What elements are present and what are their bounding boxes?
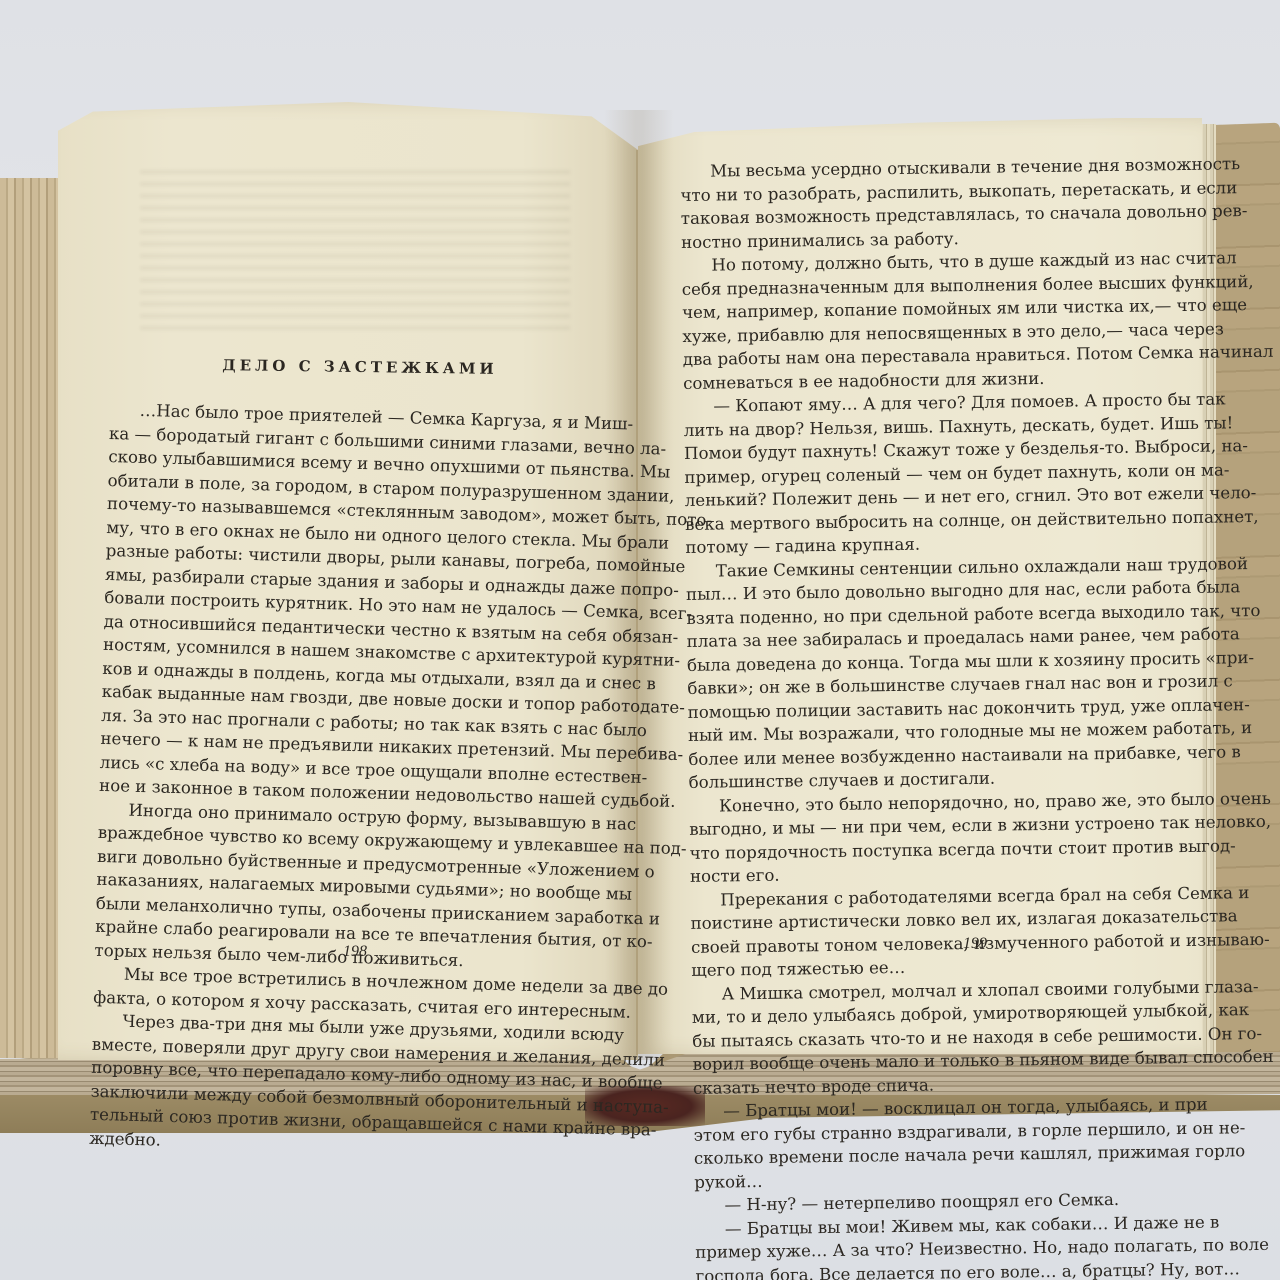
left-page-stack-edge bbox=[0, 178, 58, 1058]
page-number-left: 198 bbox=[343, 943, 367, 961]
right-page-text: Мы весьма усердно отыскивали в течение д… bbox=[680, 153, 1172, 1280]
page-number-right: 199 bbox=[963, 935, 987, 953]
bleed-through-text bbox=[140, 170, 570, 330]
left-page-text: …Нас было трое приятелей — Семка Каргуза… bbox=[89, 398, 610, 1164]
photo-scene: ДЕЛО С ЗАСТЕЖКАМИ …Нас было трое приятел… bbox=[0, 0, 1280, 1280]
